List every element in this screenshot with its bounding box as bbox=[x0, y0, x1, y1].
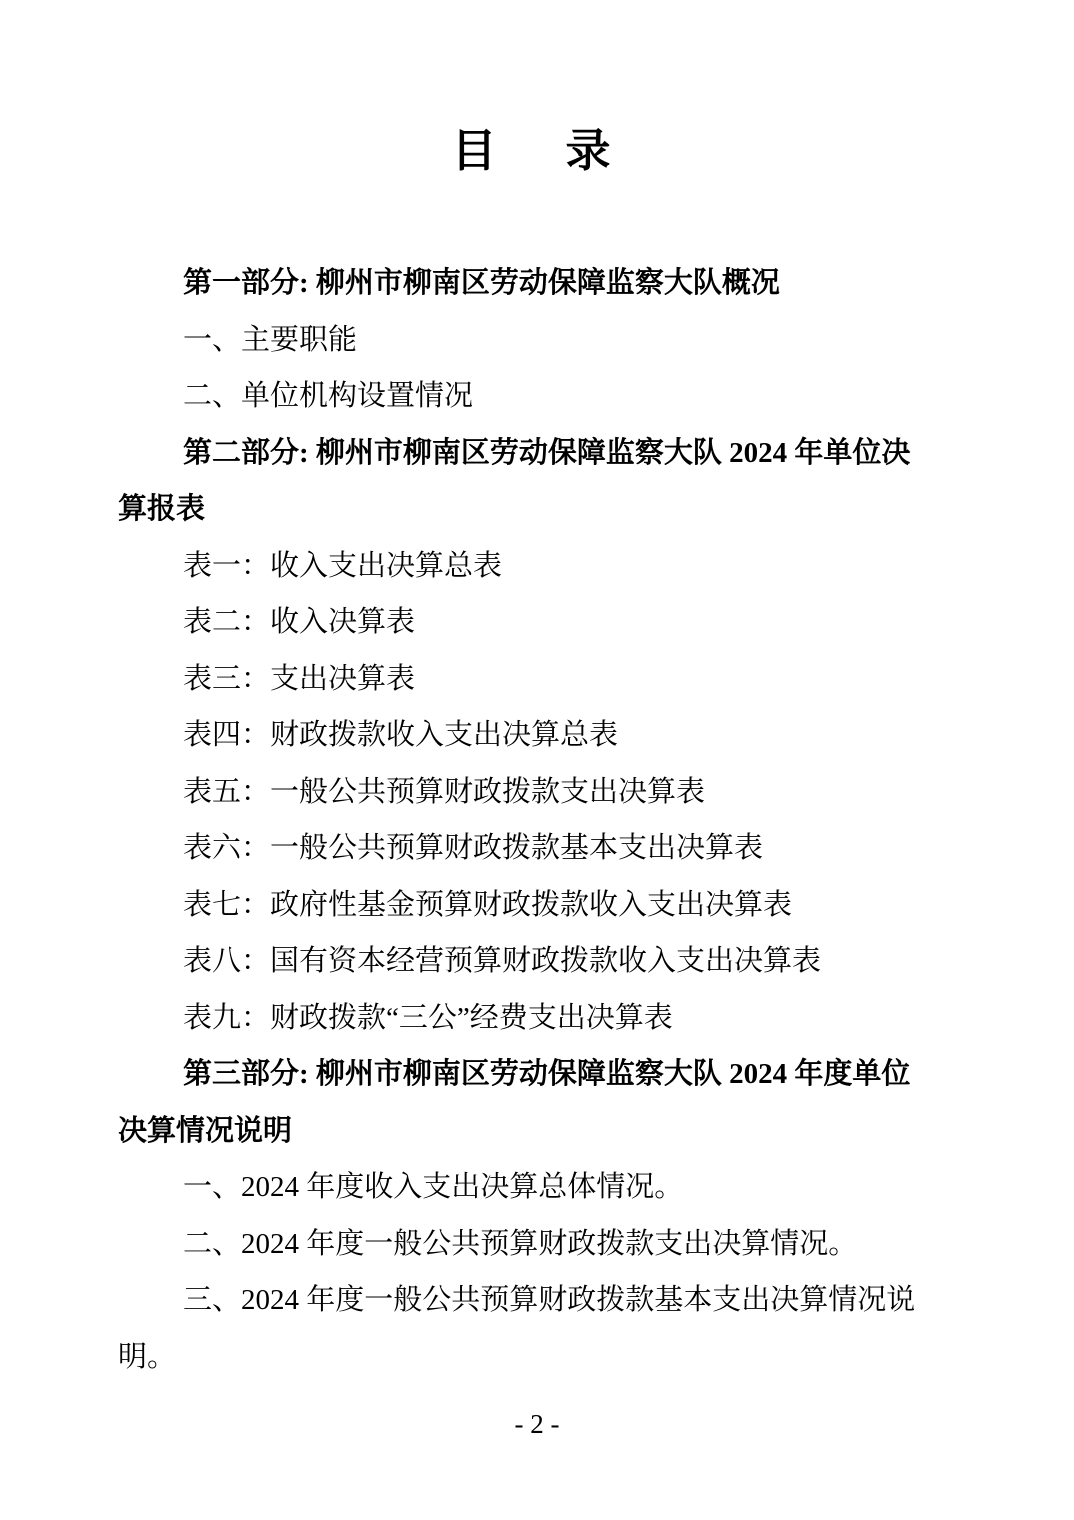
toc-part1-item-2: 二、单位机构设置情况 bbox=[118, 368, 968, 425]
toc-part3-heading-line1: 第三部分: 柳州市柳南区劳动保障监察大队 2024 年度单位 bbox=[118, 1046, 968, 1103]
toc-table-9: 表九：财政拨款“三公”经费支出决算表 bbox=[118, 990, 968, 1047]
toc-part1-heading: 第一部分: 柳州市柳南区劳动保障监察大队概况 bbox=[118, 255, 968, 312]
toc-table-4: 表四：财政拨款收入支出决算总表 bbox=[118, 707, 968, 764]
toc-table-3: 表三：支出决算表 bbox=[118, 651, 968, 708]
toc-part3-item-1: 一、2024 年度收入支出决算总体情况。 bbox=[118, 1159, 968, 1216]
toc-table-6: 表六：一般公共预算财政拨款基本支出决算表 bbox=[118, 820, 968, 877]
table-of-contents: 第一部分: 柳州市柳南区劳动保障监察大队概况 一、主要职能 二、单位机构设置情况… bbox=[118, 255, 968, 1385]
toc-table-1: 表一：收入支出决算总表 bbox=[118, 538, 968, 595]
toc-part1-item-1: 一、主要职能 bbox=[118, 312, 968, 369]
page-title: 目 录 bbox=[0, 126, 1074, 176]
toc-table-8: 表八：国有资本经营预算财政拨款收入支出决算表 bbox=[118, 933, 968, 990]
toc-table-5: 表五：一般公共预算财政拨款支出决算表 bbox=[118, 764, 968, 821]
toc-part2-heading-line2: 算报表 bbox=[118, 481, 968, 538]
toc-table-2: 表二：收入决算表 bbox=[118, 594, 968, 651]
page-number: - 2 - bbox=[0, 1404, 1074, 1444]
document-page: 目 录 第一部分: 柳州市柳南区劳动保障监察大队概况 一、主要职能 二、单位机构… bbox=[0, 0, 1074, 1520]
toc-table-7: 表七：政府性基金预算财政拨款收入支出决算表 bbox=[118, 877, 968, 934]
toc-part3-item-3-line2: 明。 bbox=[118, 1329, 968, 1386]
toc-part3-heading-line2: 决算情况说明 bbox=[118, 1103, 968, 1160]
toc-part3-item-3-line1: 三、2024 年度一般公共预算财政拨款基本支出决算情况说 bbox=[118, 1272, 968, 1329]
toc-part3-item-2: 二、2024 年度一般公共预算财政拨款支出决算情况。 bbox=[118, 1216, 968, 1273]
toc-part2-heading-line1: 第二部分: 柳州市柳南区劳动保障监察大队 2024 年单位决 bbox=[118, 425, 968, 482]
